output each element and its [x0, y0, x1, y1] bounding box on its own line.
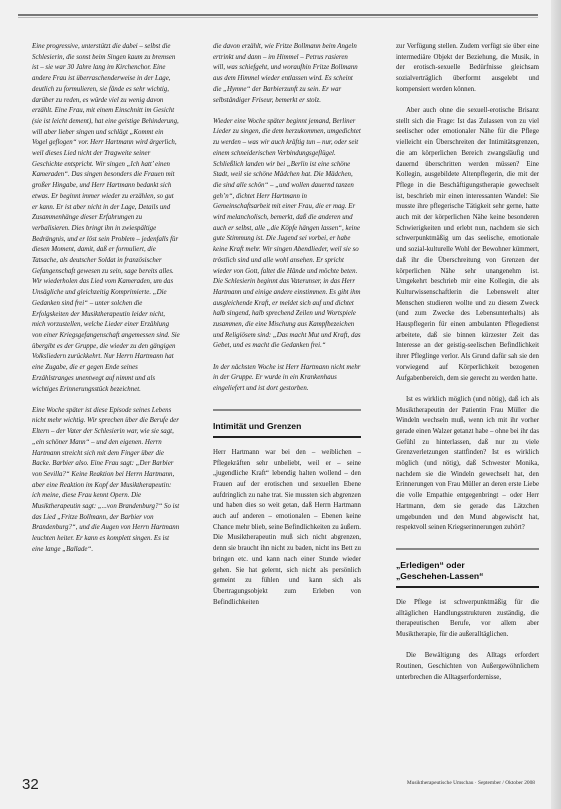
column-left: Eine progressive, unterstützt die dabei … — [32, 42, 180, 566]
header-rule — [18, 14, 538, 16]
section-heading-block: „Erledigen“ oder „Geschehen-Lassen“ — [396, 548, 539, 588]
column-right: zur Verfügung stellen. Zudem verfügt sie… — [396, 42, 539, 694]
column-middle: die davon erzählt, wie Fritze Bollmann b… — [213, 42, 361, 619]
section-heading-block: Intimität und Grenzen — [213, 409, 361, 438]
paragraph: zur Verfügung stellen. Zudem verfügt sie… — [396, 42, 539, 96]
paragraph: Wieder eine Woche später beginnt jemand,… — [213, 117, 361, 352]
paragraph: Die Bewältigung des Alltags erfordert Ro… — [396, 651, 539, 683]
paragraph: Die Pflege ist schwerpunktmäßig für die … — [396, 598, 539, 641]
paragraph: die davon erzählt, wie Fritze Bollmann b… — [213, 42, 361, 106]
paragraph: Eine Woche später ist diese Episode sein… — [32, 406, 180, 556]
section-heading-line2: „Geschehen-Lassen“ — [396, 571, 483, 581]
paragraph: Ist es wirklich möglich (und nötig), daß… — [396, 395, 539, 534]
magazine-page: Eine progressive, unterstützt die dabei … — [0, 0, 561, 809]
paragraph: Eine progressive, unterstützt die dabei … — [32, 42, 180, 395]
paragraph: Herr Hartmann war bei den – weiblichen –… — [213, 448, 361, 609]
paragraph: In der nächsten Woche ist Herr Hartmann … — [213, 363, 361, 395]
paragraph: Aber auch ohne die sexuell-erotische Bri… — [396, 106, 539, 384]
header-rule-thin — [18, 17, 538, 18]
page-edge-shadow — [551, 0, 561, 809]
section-heading-line1: „Erledigen“ oder — [396, 560, 465, 570]
page-number: 32 — [22, 776, 39, 793]
section-heading: „Erledigen“ oder „Geschehen-Lassen“ — [396, 560, 539, 588]
section-heading: Intimität und Grenzen — [213, 421, 361, 438]
footer-citation: Musiktherapeutische Umschau · September … — [407, 780, 535, 786]
